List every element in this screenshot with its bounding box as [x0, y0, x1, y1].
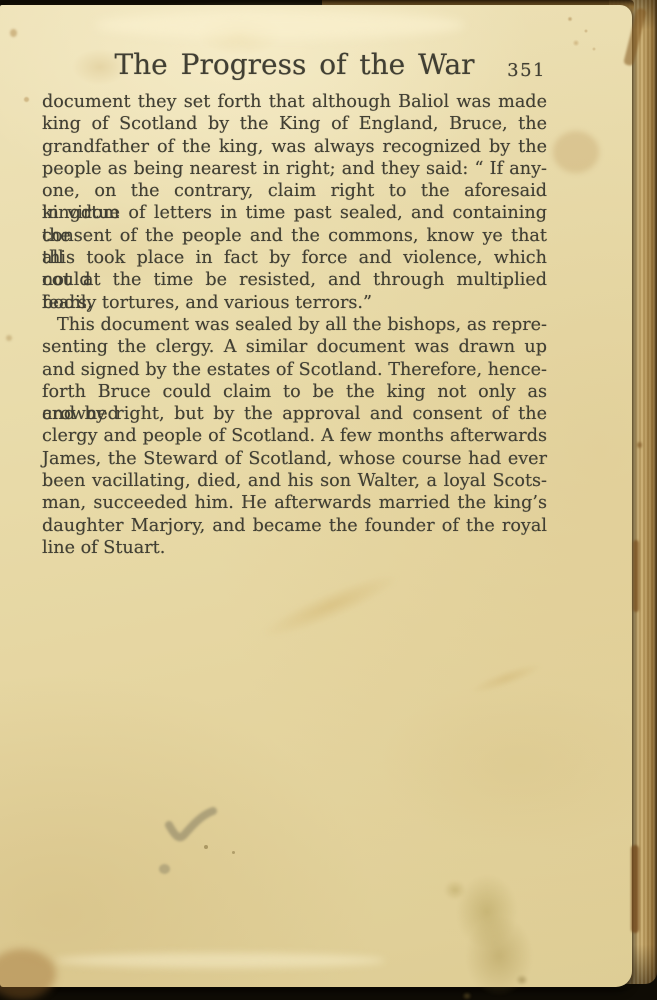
page-number: 351 — [507, 60, 546, 81]
text-line: not at the time be resisted, and through… — [42, 269, 547, 291]
text-line: document they set forth that although Ba… — [42, 91, 547, 113]
scan-glare-bottom — [55, 953, 385, 968]
gray-dot-smudge — [159, 864, 170, 874]
text-line: senting the clergy. A similar document w… — [42, 336, 547, 358]
stain-right-of-header — [553, 131, 599, 173]
text-line: king of Scotland by the King of England,… — [42, 113, 547, 135]
text-line: and signed by the estates of Scotland. T… — [42, 359, 547, 381]
text-line: This document was sealed by all the bish… — [42, 314, 547, 336]
scan-glare-top — [95, 11, 465, 39]
text-line: man, succeeded him. He afterwards marrie… — [42, 492, 547, 514]
text-line: daughter Marjory, and became the founder… — [42, 515, 547, 537]
fore-edge-stain — [637, 442, 642, 448]
text-line: line of Stuart. — [42, 537, 547, 559]
stain-bottom-left — [0, 949, 56, 999]
text-line: bodily tortures, and various terrors.” — [42, 292, 547, 314]
text-line: people as being nearest in right; and th… — [42, 158, 547, 180]
page-title: The Progress of the War — [42, 47, 547, 83]
text-line: James, the Steward of Scotland, whose co… — [42, 448, 547, 470]
text-line: clergy and people of Scotland. A few mon… — [42, 425, 547, 447]
text-line: this took place in fact by force and vio… — [42, 247, 547, 269]
stain-left-margin — [6, 335, 12, 341]
stain-blob-bottom-right — [425, 860, 560, 1000]
text-block: document they set forth that although Ba… — [42, 91, 547, 559]
text-line: grandfather of the king, was always reco… — [42, 136, 547, 158]
stain-speckles-top-right — [558, 11, 602, 57]
scanned-book-page: The Progress of the War 351 document the… — [0, 0, 657, 1000]
stain-left-margin — [10, 29, 17, 37]
checkmark-smudge — [162, 805, 220, 849]
fore-edge-stain — [631, 845, 639, 933]
paper-speck — [232, 851, 235, 854]
text-line: in virtue of letters in time past sealed… — [42, 202, 547, 224]
paper-speck — [204, 845, 208, 849]
text-line: been vacillating, died, and his son Walt… — [42, 470, 547, 492]
page-header: The Progress of the War 351 — [42, 47, 547, 85]
text-line: and by right, but by the approval and co… — [42, 403, 547, 425]
fore-edge-stain — [633, 540, 639, 612]
text-line: consent of the people and the commons, k… — [42, 225, 547, 247]
page-sheet: The Progress of the War 351 document the… — [0, 5, 632, 987]
stain-streak-middle — [256, 565, 404, 648]
text-line: one, on the contrary, claim right to the… — [42, 180, 547, 202]
stain-streak-middle-small — [468, 658, 545, 698]
stain-left-margin — [24, 97, 29, 102]
text-line: forth Bruce could claim to be the king n… — [42, 381, 547, 403]
